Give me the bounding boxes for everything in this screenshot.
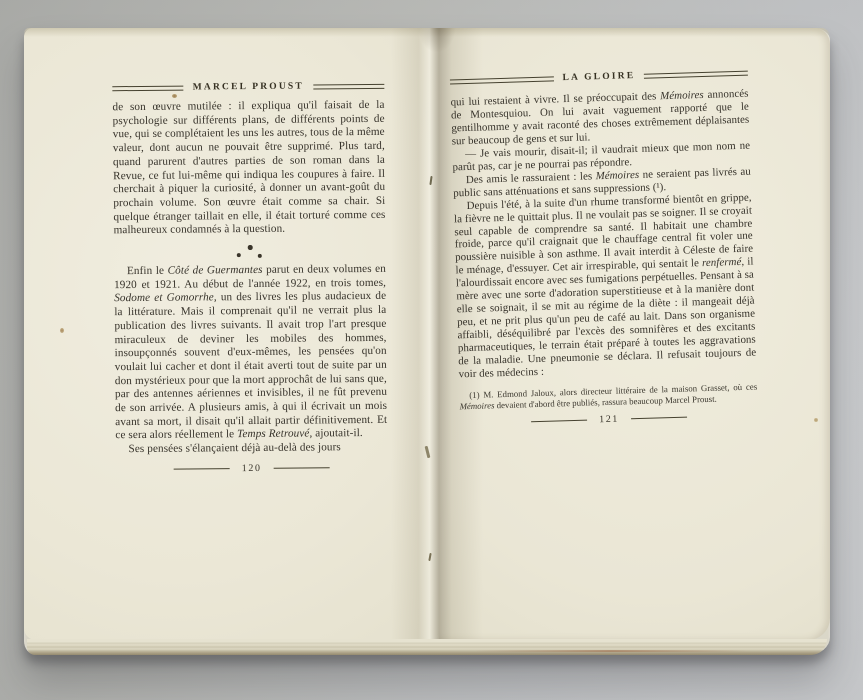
pagenum-rule-left [531,420,587,423]
left-text-column: de son œuvre mutilée : il expliqua qu'il… [112,99,387,457]
photo-background: MARCEL PROUST de son œuvre mutilée : il … [0,0,863,700]
paragraph: qui lui restaient à vivre. Il se préoccu… [450,88,749,149]
pagenum-value: 121 [599,414,619,426]
paragraph: Enfin le Côté de Guermantes parut en deu… [114,263,388,444]
left-running-header: MARCEL PROUST [112,81,384,94]
paragraph: Depuis l'été, à la suite d'un rhume tran… [453,191,756,381]
pagenum-rule-right [274,467,330,468]
header-rule-left [112,86,183,92]
pagenum-rule-left [174,468,230,469]
right-text-column: qui lui restaient à vivre. Il se préoccu… [450,88,756,382]
pagenum-rule-right [631,417,687,420]
right-header-title: LA GLOIRE [562,71,635,84]
pagenum-value: 120 [242,463,262,474]
right-page-content: LA GLOIRE qui lui restaient à vivre. Il … [450,68,758,430]
left-header-title: MARCEL PROUST [193,82,304,94]
footnote: (1) M. Edmond Jaloux, alors directeur li… [459,381,757,411]
header-rule-right [313,84,384,90]
foxing-spot [60,328,64,333]
header-rule-right [644,71,748,79]
paragraph: Ses pensées s'élançaient déjà au-delà de… [115,441,387,457]
left-page-content: MARCEL PROUST de son œuvre mutilée : il … [112,81,387,475]
foxing-spot [814,418,818,422]
page-edge-stack [27,639,827,655]
three-dots-fleuron-icon [237,245,263,258]
open-book: MARCEL PROUST de son œuvre mutilée : il … [24,28,830,655]
header-rule-left [450,76,554,84]
paragraph: de son œuvre mutilée : il expliqua qu'il… [112,99,385,238]
